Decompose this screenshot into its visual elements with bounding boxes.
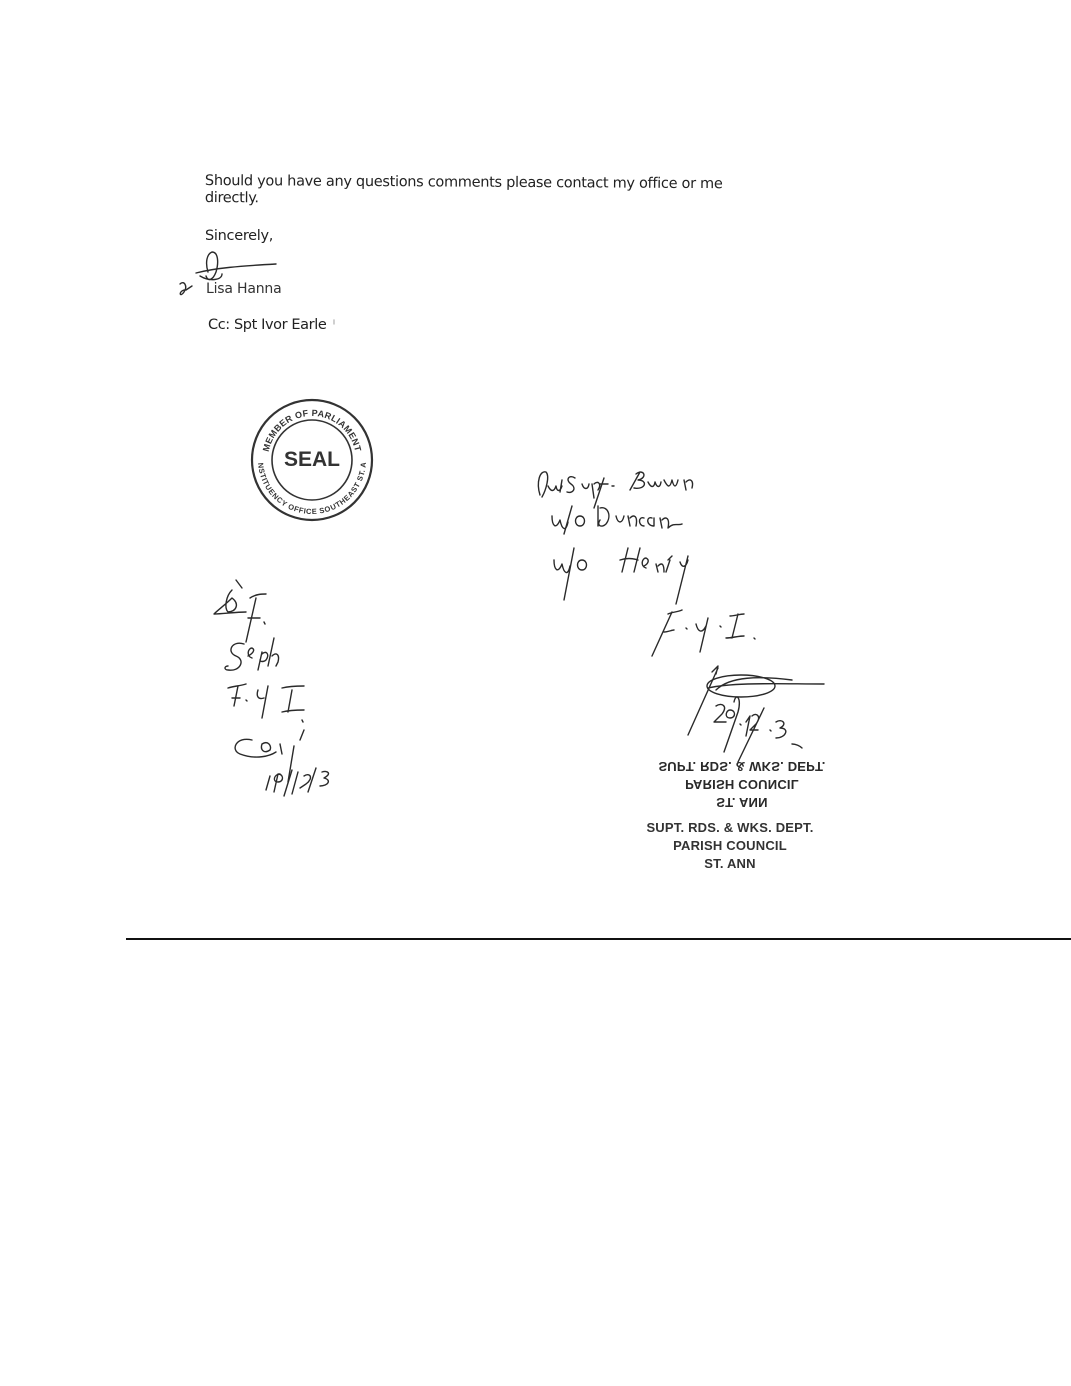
signer-name: Lisa Hanna (206, 281, 281, 297)
stamp-flipped-line: ST. ANN (650, 793, 834, 811)
stamp-flipped: ST. ANN PARISH COUNCIL SUPT. RDS. & WKS.… (650, 757, 834, 811)
stamp-upright-line: PARISH COUNCIL (645, 837, 815, 855)
stamp-upright: SUPT. RDS. & WKS. DEPT. PARISH COUNCIL S… (645, 819, 815, 873)
document-page: Should you have any questions comments p… (0, 0, 1071, 1386)
stamp-flipped-line: SUPT. RDS. & WKS. DEPT. (650, 757, 834, 775)
horizontal-rule (126, 938, 1071, 940)
parliament-seal: MEMBER OF PARLIAMENT CONSTITUENCY OFFICE… (250, 398, 374, 522)
signature-right (688, 666, 824, 762)
handwritten-right-note (538, 472, 755, 656)
cc-line: Cc: Spt Ivor Earle (208, 317, 326, 333)
stamp-flipped-line: PARISH COUNCIL (650, 775, 834, 793)
stamp-upright-line: ST. ANN (645, 855, 815, 873)
handwritten-left-note (214, 580, 328, 796)
letter-closing: Sincerely, (205, 228, 273, 244)
stamp-upright-line: SUPT. RDS. & WKS. DEPT. (645, 819, 815, 837)
letter-body: Should you have any questions comments p… (205, 173, 725, 210)
seal-center-text: SEAL (250, 398, 374, 522)
